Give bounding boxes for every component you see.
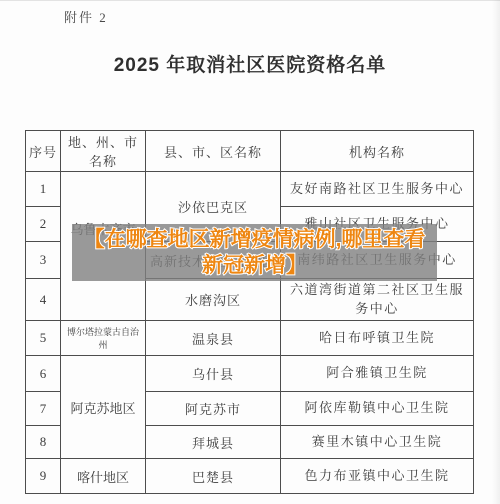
cell-prefecture: 阿克苏地区 [61,356,146,459]
cell-no: 4 [26,279,61,321]
table-row: 9 喀什地区 巴楚县 色力布亚镇中心卫生院 [26,459,474,494]
cell-org: 赛里木镇中心卫生院 [281,426,474,459]
cell-prefecture: 喀什地区 [61,459,146,494]
attachment-label: 附件 2 [64,7,108,26]
header-org: 机构名称 [281,131,474,172]
cell-county: 乌什县 [146,356,281,392]
table-row: 1 乌鲁木齐市 沙依巴克区 友好南路社区卫生服务中心 [26,172,474,207]
cell-county: 阿克苏市 [146,392,281,426]
cell-county: 拜城县 [146,426,281,459]
page-top-edge [0,0,500,1]
cell-no: 1 [26,172,61,207]
hospital-roster-table: 序号 地、州、市名称 县、市、区名称 机构名称 1 乌鲁木齐市 沙依巴克区 友好… [25,130,474,494]
watermark-overlay-bar: 【在哪查地区新增疫情病例,哪里查看 新冠新增】 [72,224,437,281]
cell-org: 六道湾街道第二社区卫生服务中心 [281,279,474,321]
cell-org: 友好南路社区卫生服务中心 [281,172,474,207]
cell-no: 9 [26,459,61,494]
table-row: 5 博尔塔拉蒙古自治州 温泉县 哈日布呼镇卫生院 [26,321,474,356]
cell-county: 温泉县 [146,321,281,356]
header-prefecture: 地、州、市名称 [61,131,146,172]
cell-org: 色力布亚镇中心卫生院 [281,459,474,494]
header-county: 县、市、区名称 [146,131,281,172]
watermark-text-line1: 【在哪查地区新增疫情病例,哪里查看 [45,227,465,253]
cell-prefecture: 博尔塔拉蒙古自治州 [61,321,146,356]
cell-no: 5 [26,321,61,356]
cell-no: 6 [26,356,61,392]
cell-no: 8 [26,426,61,459]
page-title: 2025 年取消社区医院资格名单 [0,50,500,77]
cell-county: 水磨沟区 [146,279,281,321]
cell-org: 阿合雅镇卫生院 [281,356,474,392]
cell-county: 巴楚县 [146,459,281,494]
cell-no: 7 [26,392,61,426]
header-no: 序号 [26,131,61,172]
cell-org: 阿依库勒镇中心卫生院 [281,392,474,426]
table-header-row: 序号 地、州、市名称 县、市、区名称 机构名称 [26,131,474,172]
cell-org: 哈日布呼镇卫生院 [281,321,474,356]
watermark-text-line2: 新冠新增】 [45,253,465,279]
table-row: 6 阿克苏地区 乌什县 阿合雅镇卫生院 [26,356,474,392]
